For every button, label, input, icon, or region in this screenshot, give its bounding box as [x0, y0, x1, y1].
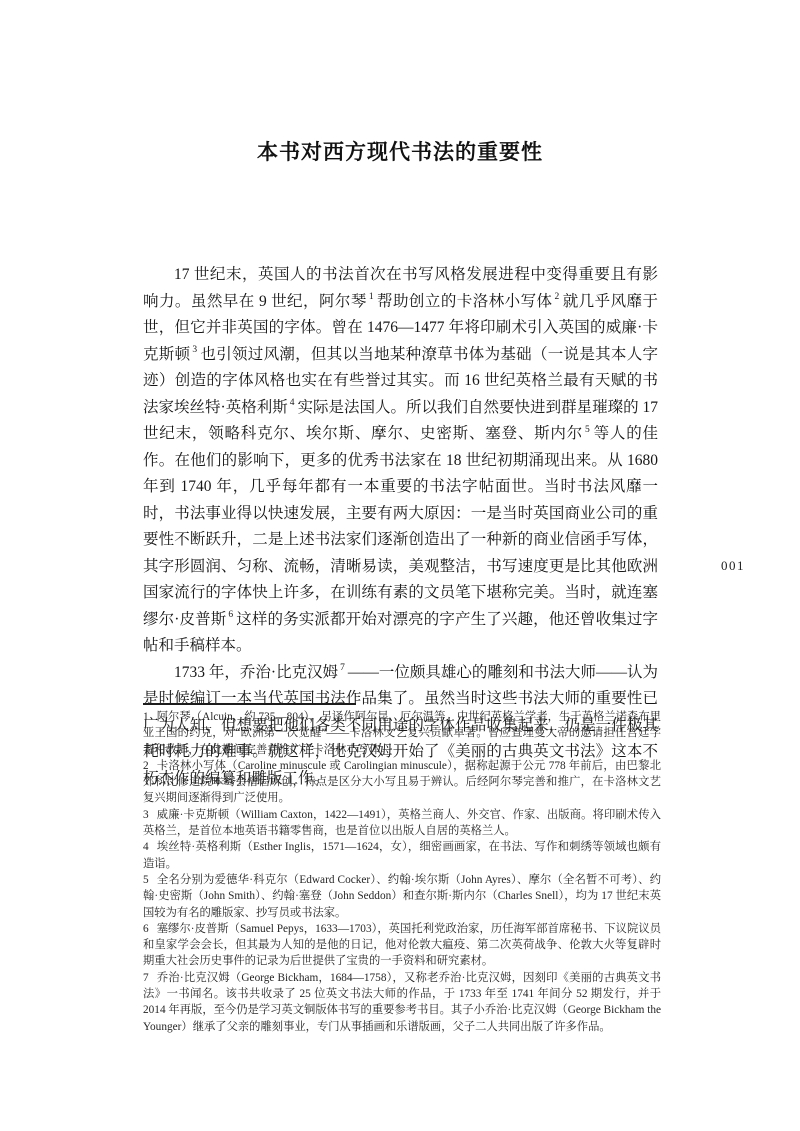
footnote-item: 7乔治·比克汉姆（George Bickham，1684—1758），又称老乔治… — [143, 970, 661, 1035]
footnote-ref: 1 — [369, 292, 374, 302]
footnote-number: 6 — [143, 923, 149, 935]
footnote-ref: 2 — [555, 292, 560, 302]
footnote-ref: 7 — [340, 663, 345, 673]
footnote-number: 7 — [143, 972, 149, 984]
footnote-text: 阿尔琴（Alcuin，约 735—804），另译作阿尔昆、厄尔温等，中世纪英格兰… — [143, 711, 661, 756]
page-number: 001 — [721, 558, 745, 574]
footnote-text: 卡洛林小写体（Caroline minuscule 或 Carolingian … — [143, 760, 661, 805]
footnote-number: 4 — [143, 841, 149, 853]
footnote-text: 埃丝特·英格利斯（Esther Inglis，1571—1624，女），细密画画… — [143, 841, 661, 869]
footnote-number: 3 — [143, 809, 149, 821]
footnote-item: 5全名分别为爱德华·科克尔（Edward Cocker）、约翰·埃尔斯（John… — [143, 872, 661, 921]
footnote-item: 2卡洛林小写体（Caroline minuscule 或 Carolingian… — [143, 758, 661, 807]
footnote-text: 威廉·卡克斯顿（William Caxton，1422—1491），英格兰商人、… — [143, 809, 661, 837]
footnote-text: 塞缪尔·皮普斯（Samuel Pepys，1633—1703），英国托利党政治家… — [143, 923, 661, 968]
footnote-item: 1阿尔琴（Alcuin，约 735—804），另译作阿尔昆、厄尔温等，中世纪英格… — [143, 709, 661, 758]
footnote-ref: 4 — [290, 398, 295, 408]
footnotes: 1阿尔琴（Alcuin，约 735—804），另译作阿尔昆、厄尔温等，中世纪英格… — [143, 709, 661, 1035]
footnote-number: 1 — [143, 711, 149, 723]
footnote-item: 3威廉·卡克斯顿（William Caxton，1422—1491），英格兰商人… — [143, 807, 661, 840]
footnote-number: 5 — [143, 874, 149, 886]
footnote-number: 2 — [143, 760, 149, 772]
footnote-ref: 6 — [228, 610, 233, 620]
footnote-ref: 3 — [192, 345, 197, 355]
footnote-ref: 5 — [585, 425, 590, 435]
footnote-item: 6塞缪尔·皮普斯（Samuel Pepys，1633—1703），英国托利党政治… — [143, 921, 661, 970]
book-page: 本书对西方现代书法的重要性 17 世纪末，英国人的书法首次在书写风格发展进程中变… — [0, 0, 800, 1131]
footnote-item: 4埃丝特·英格利斯（Esther Inglis，1571—1624，女），细密画… — [143, 839, 661, 872]
page-title: 本书对西方现代书法的重要性 — [0, 138, 800, 166]
footnote-text: 乔治·比克汉姆（George Bickham，1684—1758），又称老乔治·… — [143, 972, 661, 1033]
paragraph: 17 世纪末，英国人的书法首次在书写风格发展进程中变得重要且有影响力。虽然早在 … — [143, 262, 658, 660]
footnote-text: 全名分别为爱德华·科克尔（Edward Cocker）、约翰·埃尔斯（John … — [143, 874, 661, 919]
footnote-separator — [143, 703, 356, 705]
